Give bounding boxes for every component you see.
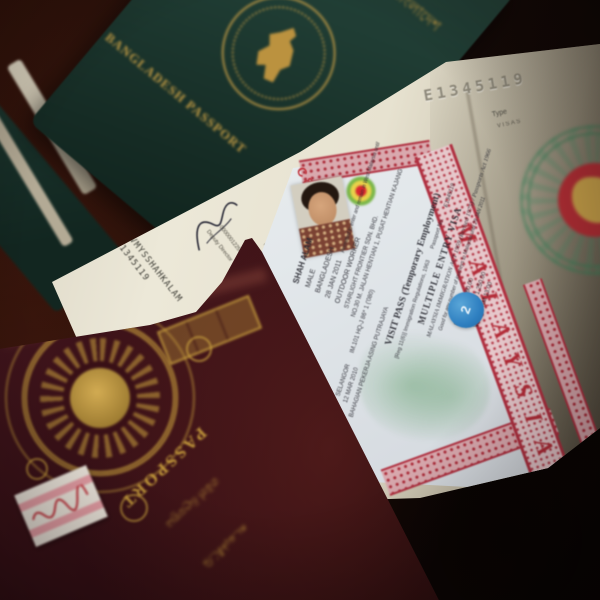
bengali-country-text: বাংলাদেশ — [386, 0, 479, 66]
emblem-satellite-circle — [186, 336, 212, 362]
banner-line — [215, 310, 229, 340]
emblem-satellite-circle — [26, 458, 48, 480]
passports-photo: বাংলাদেশ BANGLADESH PASSPORT E1345119 Ty… — [0, 0, 600, 600]
tamil-passport-text: கடவுச்சீட்டு — [199, 520, 250, 569]
bangladesh-seal-icon — [198, 0, 359, 133]
blue-chop-sticker: 2 — [448, 292, 484, 328]
emblem-lion-disc — [70, 368, 130, 428]
